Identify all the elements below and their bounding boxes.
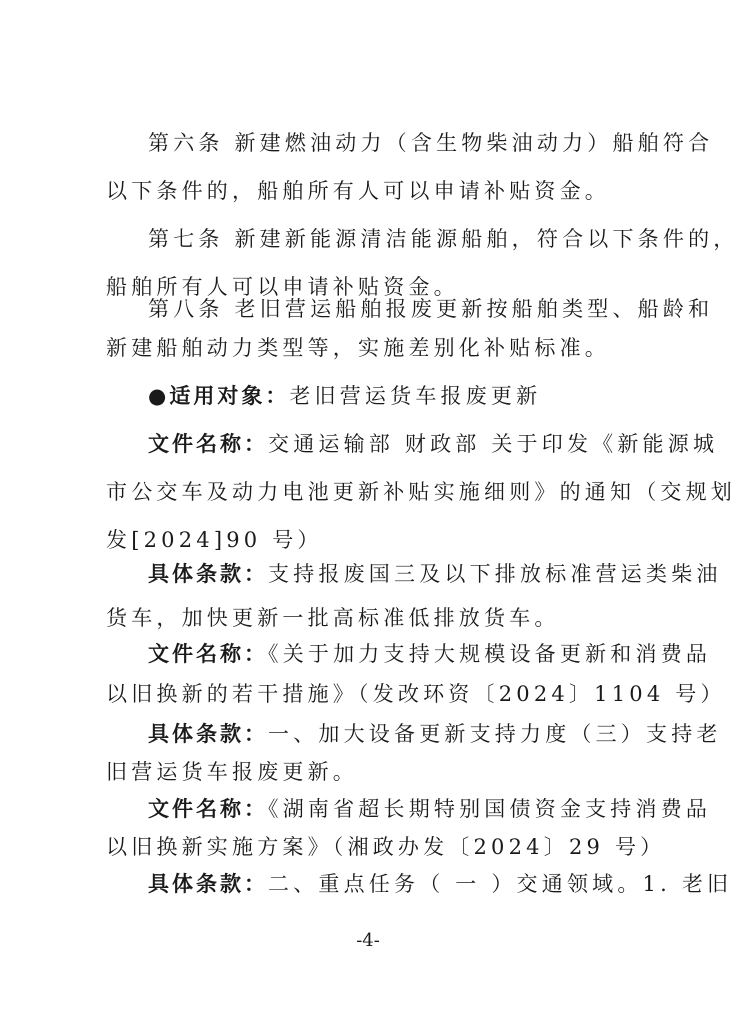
doc-name-label: 文件名称： bbox=[148, 642, 268, 666]
applicable-target-text: 老旧营运货车报废更新 bbox=[289, 384, 541, 408]
clause-2-line-2: 旧营运货车报废更新。 bbox=[106, 758, 358, 786]
clause-1-line-2: 货车，加快更新一批高标准低排放货车。 bbox=[106, 604, 560, 632]
page-number: -4- bbox=[0, 930, 736, 952]
doc-name-text: 《关于加力支持大规模设备更新和消费品 bbox=[268, 642, 711, 666]
article-6-line-2: 以下条件的，船舶所有人可以申请补贴资金。 bbox=[106, 177, 610, 205]
doc-name-1-line-1: 文件名称：交通运输部 财政部 关于印发《新能源城 bbox=[148, 430, 718, 458]
doc-name-1-line-2: 市公交车及动力电池更新补贴实施细则》的通知（交规划 bbox=[106, 478, 736, 506]
doc-name-2-line-2: 以旧换新的若干措施》（发改环资〔2024〕1104 号） bbox=[106, 680, 726, 708]
article-8-line-2: 新建船舶动力类型等，实施差别化补贴标准。 bbox=[106, 334, 610, 362]
doc-name-text: 《湖南省超长期特别国债资金支持消费品 bbox=[268, 797, 711, 821]
clause-2-line-1: 具体条款：一、加大设备更新支持力度（三）支持老 bbox=[148, 720, 722, 748]
doc-name-text: 交通运输部 财政部 关于印发《新能源城 bbox=[268, 432, 718, 456]
document-page: 第六条 新建燃油动力（含生物柴油动力）船舶符合 以下条件的，船舶所有人可以申请补… bbox=[0, 0, 736, 1009]
clause-label: 具体条款： bbox=[148, 562, 268, 586]
doc-name-label: 文件名称： bbox=[148, 797, 268, 821]
applicable-target-label: 适用对象： bbox=[169, 384, 289, 408]
doc-name-label: 文件名称： bbox=[148, 432, 268, 456]
article-7-line-1: 第七条 新建新能源清洁能源船舶，符合以下条件的， bbox=[148, 225, 736, 253]
article-8-line-1: 第八条 老旧营运船舶报废更新按船舶类型、船龄和 bbox=[148, 295, 713, 323]
applicable-target-line: ●适用对象：老旧营运货车报废更新 bbox=[148, 382, 541, 410]
clause-1-line-1: 具体条款：支持报废国三及以下排放标准营运类柴油 bbox=[148, 560, 722, 588]
doc-name-3-line-1: 文件名称：《湖南省超长期特别国债资金支持消费品 bbox=[148, 795, 711, 823]
clause-3-line-1: 具体条款：二、重点任务（ 一 ）交通领域。1. 老旧 bbox=[148, 870, 732, 898]
clause-label: 具体条款： bbox=[148, 722, 268, 746]
clause-text: 一、加大设备更新支持力度（三）支持老 bbox=[268, 722, 722, 746]
clause-text: 支持报废国三及以下排放标准营运类柴油 bbox=[268, 562, 722, 586]
clause-label: 具体条款： bbox=[148, 872, 268, 896]
doc-name-2-line-1: 文件名称：《关于加力支持大规模设备更新和消费品 bbox=[148, 640, 711, 668]
doc-name-3-line-2: 以旧换新实施方案》（湘政办发〔2024〕29 号） bbox=[106, 833, 665, 861]
article-6-line-1: 第六条 新建燃油动力（含生物柴油动力）船舶符合 bbox=[148, 129, 713, 157]
doc-name-1-line-3: 发[2024]90 号） bbox=[106, 526, 323, 554]
clause-text: 二、重点任务（ 一 ）交通领域。1. 老旧 bbox=[268, 872, 732, 896]
bullet-icon: ● bbox=[148, 384, 169, 408]
